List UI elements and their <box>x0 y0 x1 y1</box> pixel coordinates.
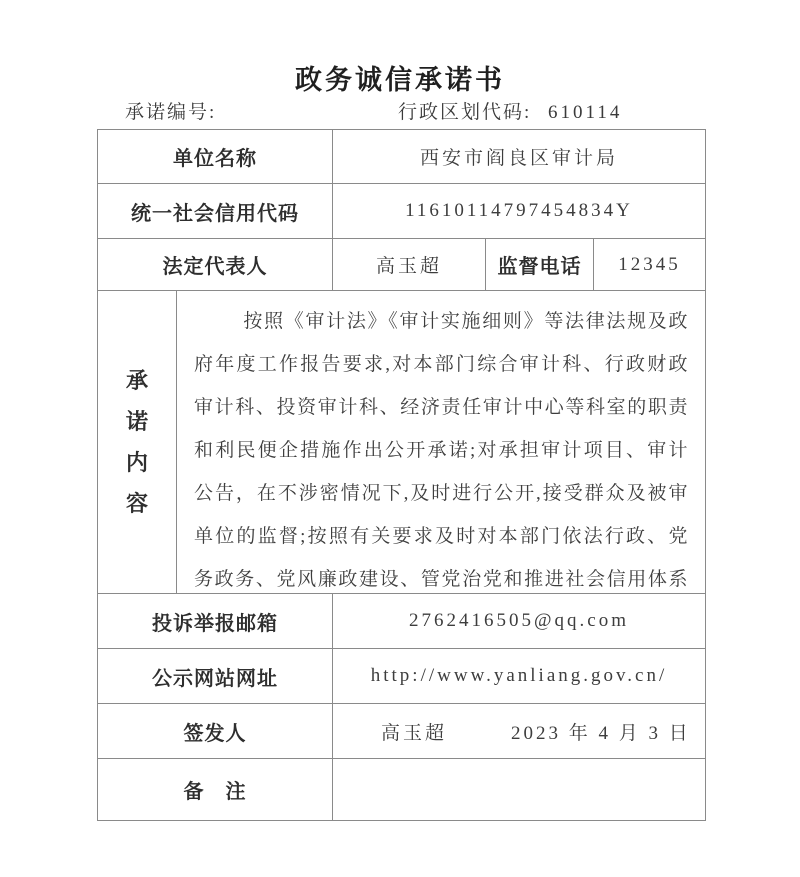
document-title: 政务诚信承诺书 <box>0 58 800 97</box>
document-page: 政务诚信承诺书 承诺编号: 行政区划代码: 610114 单位名称 西安市阎良区… <box>0 0 800 877</box>
promise-content-label-char: 承 <box>126 369 148 393</box>
complaint-email-label: 投诉举报邮箱 <box>98 594 333 649</box>
promise-content-label-char: 诺 <box>126 410 148 434</box>
promise-content-label-char: 内 <box>126 451 148 475</box>
supervise-phone-value: 12345 <box>594 239 706 291</box>
table-row-legal-rep: 法定代表人 高玉超 监督电话 12345 <box>98 239 706 291</box>
unit-name-value: 西安市阎良区审计局 <box>333 130 706 184</box>
signer-date: 2023 年 4 月 3 日 <box>511 718 691 745</box>
table-row-remarks: 备 注 <box>98 759 706 821</box>
website-value: http://www.yanliang.gov.cn/ <box>333 649 706 704</box>
supervise-phone-label: 监督电话 <box>486 239 594 291</box>
promise-content-cell: 按照《审计法》《审计实施细则》等法律法规及政府年度工作报告要求,对本部门综合审计… <box>177 291 706 594</box>
credit-code-label: 统一社会信用代码 <box>98 184 333 239</box>
table-row-credit-code: 统一社会信用代码 11610114797454834Y <box>98 184 706 239</box>
remarks-value <box>333 759 706 821</box>
complaint-email-value: 2762416505@qq.com <box>333 594 706 649</box>
promise-content-label: 承 诺 内 容 <box>98 291 177 594</box>
promise-content-label-char: 容 <box>126 492 148 516</box>
district-code-label: 行政区划代码: <box>398 102 531 123</box>
unit-name-label: 单位名称 <box>98 130 333 184</box>
table-row-unit-name: 单位名称 西安市阎良区审计局 <box>98 130 706 184</box>
signer-value-cell: 高玉超 2023 年 4 月 3 日 <box>333 704 706 759</box>
table-row-signer: 签发人 高玉超 2023 年 4 月 3 日 <box>98 704 706 759</box>
remarks-label: 备 注 <box>98 759 333 821</box>
promise-number-label: 承诺编号: <box>125 97 216 124</box>
credit-code-value: 11610114797454834Y <box>333 184 706 239</box>
meta-row: 承诺编号: 行政区划代码: 610114 <box>0 97 800 121</box>
signer-name: 高玉超 <box>381 718 447 745</box>
table-row-promise-content: 承 诺 内 容 按照《审计法》《审计实施细则》等法律法规及政府年度工作报告要求,… <box>98 291 706 594</box>
website-label: 公示网站网址 <box>98 649 333 704</box>
promise-content-text: 按照《审计法》《审计实施细则》等法律法规及政府年度工作报告要求,对本部门综合审计… <box>177 291 705 594</box>
district-code-value: 610114 <box>548 102 622 123</box>
table-row-complaint-email: 投诉举报邮箱 2762416505@qq.com <box>98 594 706 649</box>
legal-rep-value: 高玉超 <box>333 239 486 291</box>
table-row-website: 公示网站网址 http://www.yanliang.gov.cn/ <box>98 649 706 704</box>
district-code: 行政区划代码: 610114 <box>398 97 622 124</box>
legal-rep-label: 法定代表人 <box>98 239 333 291</box>
commitment-table: 单位名称 西安市阎良区审计局 统一社会信用代码 1161011479745483… <box>97 129 706 821</box>
signer-label: 签发人 <box>98 704 333 759</box>
